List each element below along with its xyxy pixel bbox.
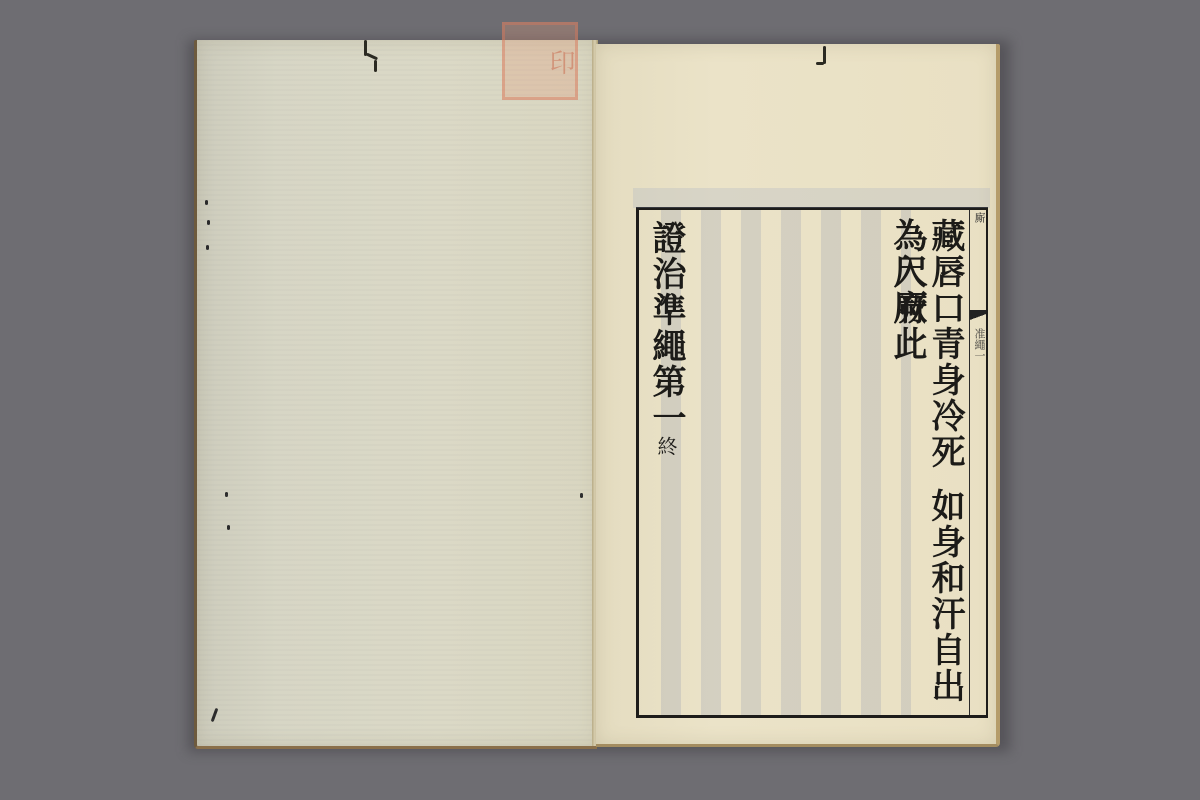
seal-text: 印 xyxy=(505,31,575,93)
library-seal: 印 xyxy=(502,22,578,100)
wormhole-mark xyxy=(227,525,230,530)
end-mark: 終 xyxy=(654,436,678,458)
colophon-column: 證治準繩第一終 xyxy=(647,220,685,458)
book-photo: 印 廝 准繩一 藏唇口青身冷死如身和汗自出為入府此 為尸厥 證治準繩第一終 xyxy=(0,0,1200,800)
paper-crack xyxy=(374,60,377,72)
wormhole-mark xyxy=(211,708,219,722)
wormhole-mark xyxy=(580,493,583,498)
wormhole-mark xyxy=(225,492,228,497)
hashira-margin: 廝 准繩一 xyxy=(969,210,986,715)
hashira-volume: 准繩一 xyxy=(971,328,985,361)
paper-crack xyxy=(816,62,824,65)
hashira-title: 廝 xyxy=(971,212,985,223)
paper-crack xyxy=(823,46,826,64)
print-frame: 廝 准繩一 藏唇口青身冷死如身和汗自出為入府此 為尸厥 證治準繩第一終 xyxy=(636,207,988,718)
wormhole-mark xyxy=(207,220,210,225)
column-1-text-a: 藏唇口青身冷死 xyxy=(925,218,965,470)
column-2-text: 為尸厥 xyxy=(887,218,927,326)
left-page xyxy=(194,40,597,749)
colophon-title: 證治準繩第一 xyxy=(646,220,686,436)
fish-tail-mark xyxy=(970,310,986,324)
wormhole-mark xyxy=(206,245,209,250)
bleed-through-text xyxy=(651,210,911,715)
text-column-2: 為尸厥 xyxy=(888,218,926,326)
wormhole-mark xyxy=(205,200,208,205)
